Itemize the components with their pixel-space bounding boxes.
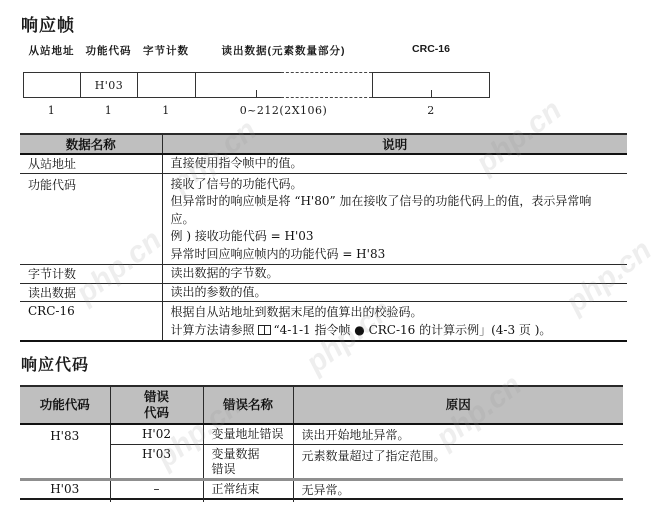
reference-prefix: 计算方法请参照 xyxy=(171,323,255,337)
frame-field-label: 读出数据(元素数量部分) xyxy=(195,43,372,58)
row-label: 功能代码 xyxy=(20,173,162,264)
error-name-cell: 正常结束 xyxy=(203,479,293,499)
frame-byte-count: 1 xyxy=(23,104,80,117)
description-text: 计算方法请参照“4-1-1 指令帧 ● CRC-16 的计算示例」(4-3 页 … xyxy=(171,322,628,341)
table-row: H'03 变量数据 错误 元素数量超过了指定范围。 xyxy=(20,444,623,479)
frame-box-slave-address xyxy=(23,72,80,98)
column-header-cause: 原因 xyxy=(293,386,623,424)
description-text: 例 ) 接收功能代码 = H'03 xyxy=(171,228,628,246)
description-text: 应。 xyxy=(171,211,628,229)
table-column-stub xyxy=(203,495,204,502)
error-code-cell: H'03 xyxy=(110,444,203,479)
column-header-description: 说明 xyxy=(162,134,627,154)
frame-field-label: 从站地址 xyxy=(23,43,80,58)
byte-divider-tick xyxy=(256,90,257,98)
frame-byte-count: 2 xyxy=(372,104,490,117)
column-header-error-code: 错误 代码 xyxy=(110,386,203,424)
table-header-row: 功能代码 错误 代码 错误名称 原因 xyxy=(20,386,623,424)
frame-field-label: 功能代码 xyxy=(80,43,137,58)
error-code-cell: H'02 xyxy=(110,424,203,444)
byte-divider-tick xyxy=(431,90,432,98)
description-text: 异常时回应响应帧内的功能代码 = H'83 xyxy=(171,246,628,264)
column-header-error-name: 错误名称 xyxy=(203,386,293,424)
table-column-stub xyxy=(293,495,294,502)
frame-diagram: H'03 xyxy=(23,72,490,100)
frame-box-byte-count xyxy=(137,72,195,98)
function-code-cell: H'03 xyxy=(20,479,110,499)
manual-page: php.cn php.cn php.cn php.cn php.cn php.c… xyxy=(0,0,661,518)
error-code-cell: – xyxy=(110,479,203,499)
frame-box-function-code: H'03 xyxy=(80,72,137,98)
frame-field-label: CRC-16 xyxy=(372,43,490,55)
table-row: H'83 H'02 变量地址错误 读出开始地址异常。 xyxy=(20,424,623,444)
cause-cell: 无异常。 xyxy=(293,479,623,499)
description-text: 根据自从站地址到数据末尾的值算出的校验码。 xyxy=(171,304,628,322)
column-header-data-name: 数据名称 xyxy=(20,134,162,154)
book-icon xyxy=(258,324,271,338)
frame-byte-count: 1 xyxy=(137,104,195,117)
response-code-table: 功能代码 错误 代码 错误名称 原因 H'83 H'02 变量地址错误 读出开始… xyxy=(20,385,623,500)
table-row: 从站地址 直接使用指令帧中的值。 xyxy=(20,154,627,173)
row-label: 从站地址 xyxy=(20,154,162,173)
error-name-cell: 变量数据 错误 xyxy=(203,444,293,479)
frame-byte-count: 0~212(2X106) xyxy=(195,104,372,117)
frame-field-label: 字节计数 xyxy=(137,43,195,58)
section-title-response-codes: 响应代码 xyxy=(21,352,89,375)
reference-text: “4-1-1 指令帧 ● CRC-16 的计算示例」(4-3 页 )。 xyxy=(274,323,552,337)
table-row: CRC-16 根据自从站地址到数据末尾的值算出的校验码。 计算方法请参照“4-1… xyxy=(20,302,627,342)
description-text: 接收了信号的功能代码。 xyxy=(171,176,628,194)
frame-box-read-data xyxy=(195,72,281,98)
function-code-cell: H'83 xyxy=(20,424,110,479)
table-header-row: 数据名称 说明 xyxy=(20,134,627,154)
frame-box-read-data-variable xyxy=(281,72,372,98)
frame-spec-table: 数据名称 说明 从站地址 直接使用指令帧中的值。 功能代码 接收了信号的功能代码… xyxy=(20,133,627,342)
table-row: 读出数据 读出的参数的值。 xyxy=(20,283,627,302)
table-row: 字节计数 读出数据的字节数。 xyxy=(20,264,627,283)
description-text: 但异常时的响应帧是将 “H'80” 加在接收了信号的功能代码上的值，表示异常响 xyxy=(171,193,628,211)
description-text: 直接使用指令帧中的值。 xyxy=(171,155,628,173)
column-header-function-code: 功能代码 xyxy=(20,386,110,424)
frame-byte-count: 1 xyxy=(80,104,137,117)
section-title-response-frame: 响应帧 xyxy=(21,11,75,36)
row-label: 字节计数 xyxy=(20,264,162,283)
table-row: 功能代码 接收了信号的功能代码。 但异常时的响应帧是将 “H'80” 加在接收了… xyxy=(20,173,627,264)
row-label: CRC-16 xyxy=(20,302,162,342)
table-column-stub xyxy=(110,495,111,502)
cause-cell: 读出开始地址异常。 xyxy=(293,424,623,444)
description-text: 读出的参数的值。 xyxy=(171,284,628,302)
description-text: 读出数据的字节数。 xyxy=(171,265,628,283)
cause-cell: 元素数量超过了指定范围。 xyxy=(293,444,623,479)
error-name-cell: 变量地址错误 xyxy=(203,424,293,444)
row-label: 读出数据 xyxy=(20,283,162,302)
